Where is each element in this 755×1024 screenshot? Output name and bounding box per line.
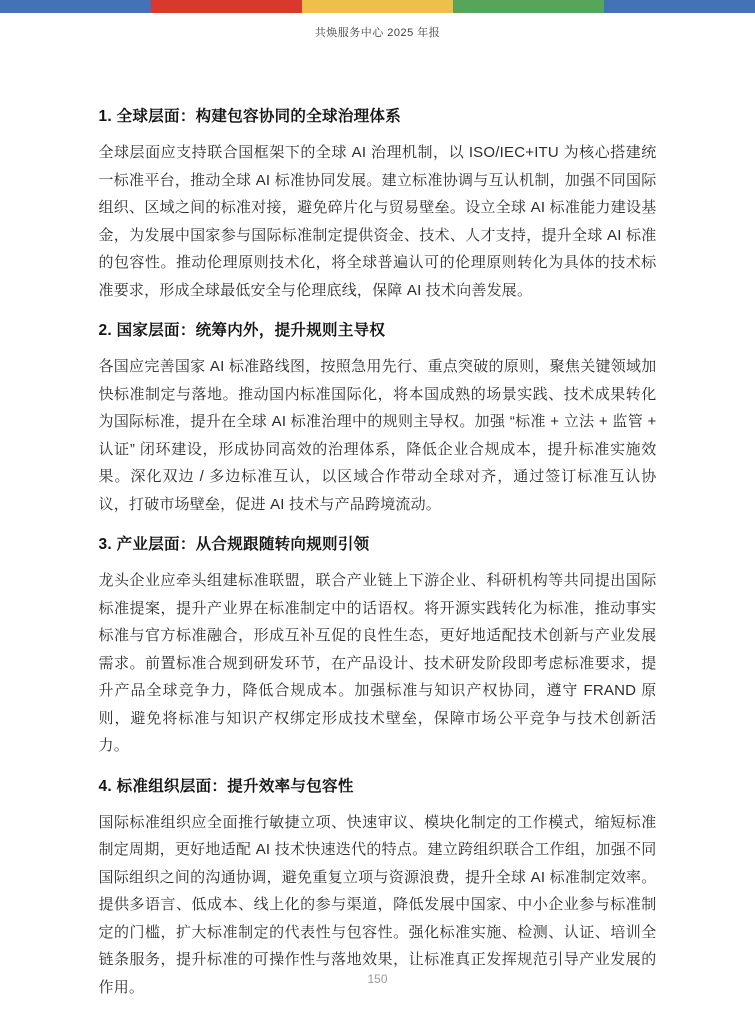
section-industry-level: 3. 产业层面：从合规跟随转向规则引领 龙头企业应牵头组建标准联盟，联合产业链上… (99, 531, 657, 760)
section-body: 各国应完善国家 AI 标准路线图，按照急用先行、重点突破的原则，聚焦关键领域加快… (99, 353, 657, 518)
document-page: 共焕服务中心 2025 年报 1. 全球层面：构建包容协同的全球治理体系 全球层… (0, 0, 755, 1024)
section-national-level: 2. 国家层面：统筹内外，提升规则主导权 各国应完善国家 AI 标准路线图，按照… (99, 317, 657, 518)
section-heading: 1. 全球层面：构建包容协同的全球治理体系 (99, 103, 657, 130)
section-heading: 2. 国家层面：统筹内外，提升规则主导权 (99, 317, 657, 344)
page-number: 150 (0, 972, 755, 986)
report-header-title: 共焕服务中心 2025 年报 (0, 25, 755, 41)
accent-segment-green (453, 0, 604, 13)
section-global-level: 1. 全球层面：构建包容协同的全球治理体系 全球层面应支持联合国框架下的全球 A… (99, 103, 657, 304)
section-heading: 3. 产业层面：从合规跟随转向规则引领 (99, 531, 657, 558)
accent-segment-red (151, 0, 302, 13)
document-content: 1. 全球层面：构建包容协同的全球治理体系 全球层面应支持联合国框架下的全球 A… (99, 41, 657, 1001)
accent-segment-yellow (302, 0, 453, 13)
section-body: 龙头企业应牵头组建标准联盟，联合产业链上下游企业、科研机构等共同提出国际标准提案… (99, 567, 657, 760)
accent-segment-blue-right (604, 0, 755, 13)
section-heading: 4. 标准组织层面：提升效率与包容性 (99, 773, 657, 800)
accent-segment-blue-left (0, 0, 151, 13)
section-body: 全球层面应支持联合国框架下的全球 AI 治理机制，以 ISO/IEC+ITU 为… (99, 139, 657, 304)
top-accent-bar (0, 0, 755, 13)
section-standards-org-level: 4. 标准组织层面：提升效率与包容性 国际标准组织应全面推行敏捷立项、快速审议、… (99, 773, 657, 1002)
